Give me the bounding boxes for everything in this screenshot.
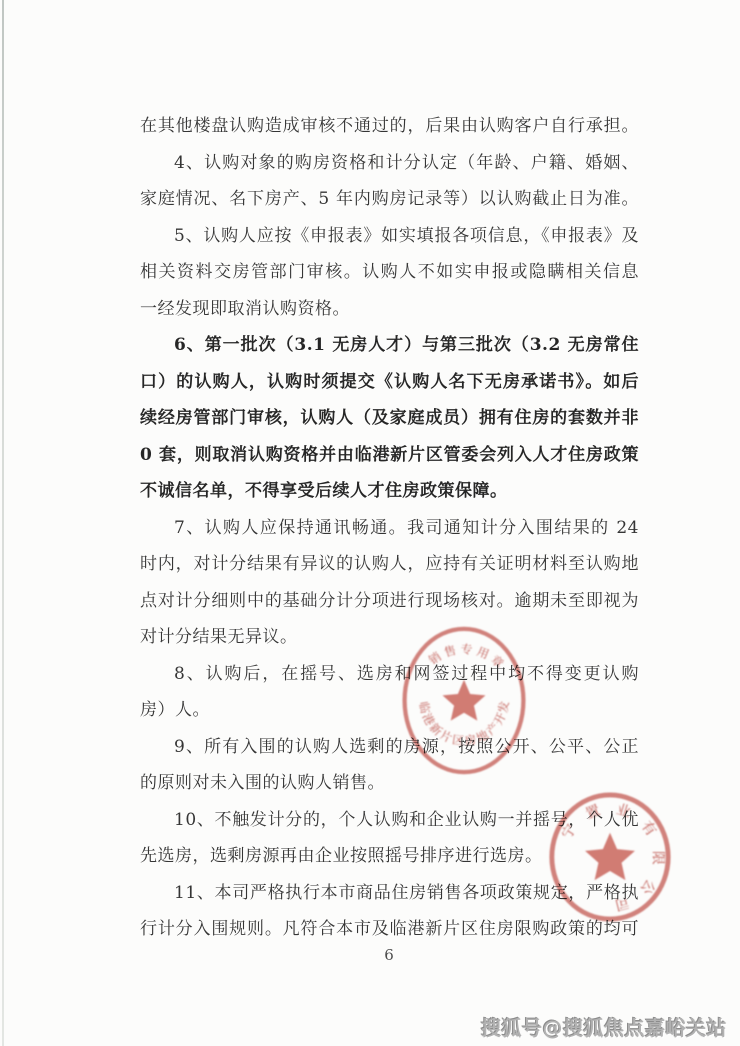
red-seal-stamp-1: 临港新片区房地产开发 销售专用章 xyxy=(398,624,530,777)
text-line: 9、所有入围的认购人选剩的房源，按照公开、公平、公正 xyxy=(140,729,639,766)
text-line: 0 套，则取消认购资格并由临港新片区管委会列入人才住房政策 xyxy=(140,437,639,474)
seal-arc-text: 销售专用章 xyxy=(426,642,506,671)
paragraph: 8、认购后，在摇号、选房和网签过程中均不得变更认购（购 房）人。 xyxy=(140,656,639,729)
text-line: 5、认购人应按《申报表》如实填报各项信息，《申报表》及 xyxy=(140,218,639,255)
text-line: 点对计分细则中的基础分计分项进行现场核对。逾期未至即视为 xyxy=(140,583,639,620)
star-icon xyxy=(585,833,635,880)
paragraph: 4、认购对象的购房资格和计分认定（年龄、户籍、婚姻、 家庭情况、名下房产、5 年… xyxy=(140,145,639,218)
star-icon xyxy=(443,680,486,721)
page-number: 6 xyxy=(140,946,639,964)
watermark: 搜狐号@搜狐焦点嘉峪关站 xyxy=(481,1012,727,1041)
text-line: 在其他楼盘认购造成审核不通过的，后果由认购客户自行承担。 xyxy=(140,108,639,145)
text-line: 房）人。 xyxy=(140,692,639,729)
text-line: 一经发现即取消认购资格。 xyxy=(140,291,639,328)
paragraph: 6、第一批次（3.1 无房人才）与第三批次（3.2 无房常住人 口）的认购人，认… xyxy=(140,327,639,510)
text-line: 家庭情况、名下房产、5 年内购房记录等）以认购截止日为准。 xyxy=(140,181,639,218)
text-line: 口）的认购人，认购时须提交《认购人名下无房承诺书》。如后 xyxy=(140,364,639,401)
text-line: 对计分结果无异议。 xyxy=(140,619,639,656)
text-line: 6、第一批次（3.1 无房人才）与第三批次（3.2 无房常住人 xyxy=(140,327,639,364)
red-seal-stamp-2: 宁置业有限公司 xyxy=(547,791,673,923)
scanned-document-page: 在其他楼盘认购造成审核不通过的，后果由认购客户自行承担。 4、认购对象的购房资格… xyxy=(0,0,740,1046)
text-line: 8、认购后，在摇号、选房和网签过程中均不得变更认购（购 xyxy=(140,656,639,693)
text-line: 时内，对计分结果有异议的认购人，应持有关证明材料至认购地 xyxy=(140,546,639,583)
text-line: 续经房管部门审核，认购人（及家庭成员）拥有住房的套数并非 xyxy=(140,400,639,437)
paragraph: 5、认购人应按《申报表》如实填报各项信息，《申报表》及 相关资料交房管部门审核。… xyxy=(140,218,639,328)
paragraph: 在其他楼盘认购造成审核不通过的，后果由认购客户自行承担。 xyxy=(140,108,639,145)
paragraph: 7、认购人应保持通讯畅通。我司通知计分入围结果的 24 小 时内，对计分结果有异… xyxy=(140,510,639,656)
text-line: 7、认购人应保持通讯畅通。我司通知计分入围结果的 24 小 xyxy=(140,510,639,547)
text-line: 不诚信名单，不得享受后续人才住房政策保障。 xyxy=(140,473,639,510)
scan-edge-line xyxy=(2,0,4,1046)
text-line: 4、认购对象的购房资格和计分认定（年龄、户籍、婚姻、 xyxy=(140,145,639,182)
text-line: 相关资料交房管部门审核。认购人不如实申报或隐瞒相关信息的， xyxy=(140,254,639,291)
